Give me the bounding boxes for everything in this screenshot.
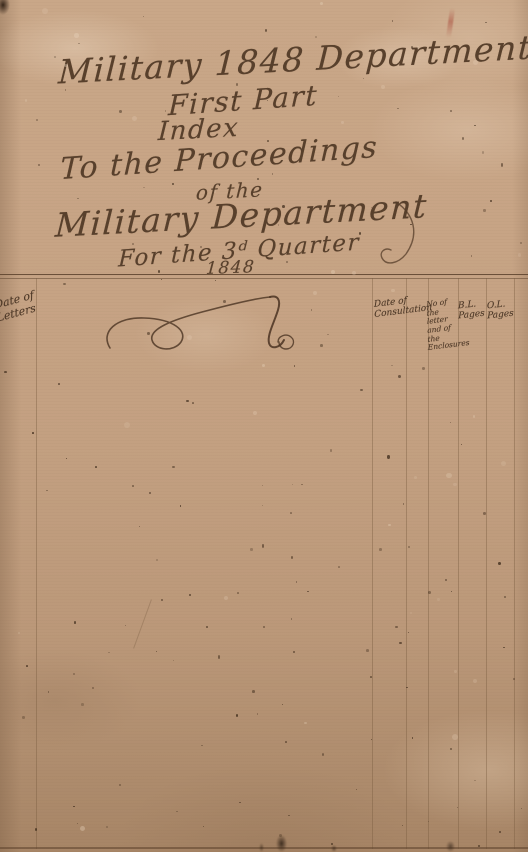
ink-smudge (446, 841, 455, 852)
paper-scratch (133, 599, 152, 648)
column-header-ol-pages: O.L. Pages (487, 299, 514, 323)
column-line-consultation (372, 278, 373, 849)
column-line-2 (406, 278, 407, 849)
pen-flourish-tail (368, 200, 438, 275)
column-line-right-margin (514, 278, 515, 849)
column-line-left (36, 278, 37, 849)
ledger-index-page: Military 1848 Department First Part Inde… (0, 0, 528, 852)
ink-smudge (259, 843, 264, 852)
column-header-date-of-letters: Date of Letters (0, 286, 48, 324)
column-header-date-of-consultation: Date of Consultation (374, 294, 422, 321)
header-double-rule (0, 274, 528, 279)
column-header-no-of-enclosures: No of the letter and of the Enclosures (426, 297, 459, 353)
corner-stain (0, 0, 10, 15)
section-letter-A: A (100, 286, 305, 371)
ink-smudge (331, 845, 337, 852)
column-line-bl-pages (458, 278, 459, 849)
ink-smudge (276, 835, 287, 852)
column-header-bl-pages: B.L. Pages (458, 299, 485, 323)
column-line-enclosures (428, 278, 429, 849)
column-line-ol-pages (486, 278, 487, 849)
paper-speckles (0, 0, 528, 852)
